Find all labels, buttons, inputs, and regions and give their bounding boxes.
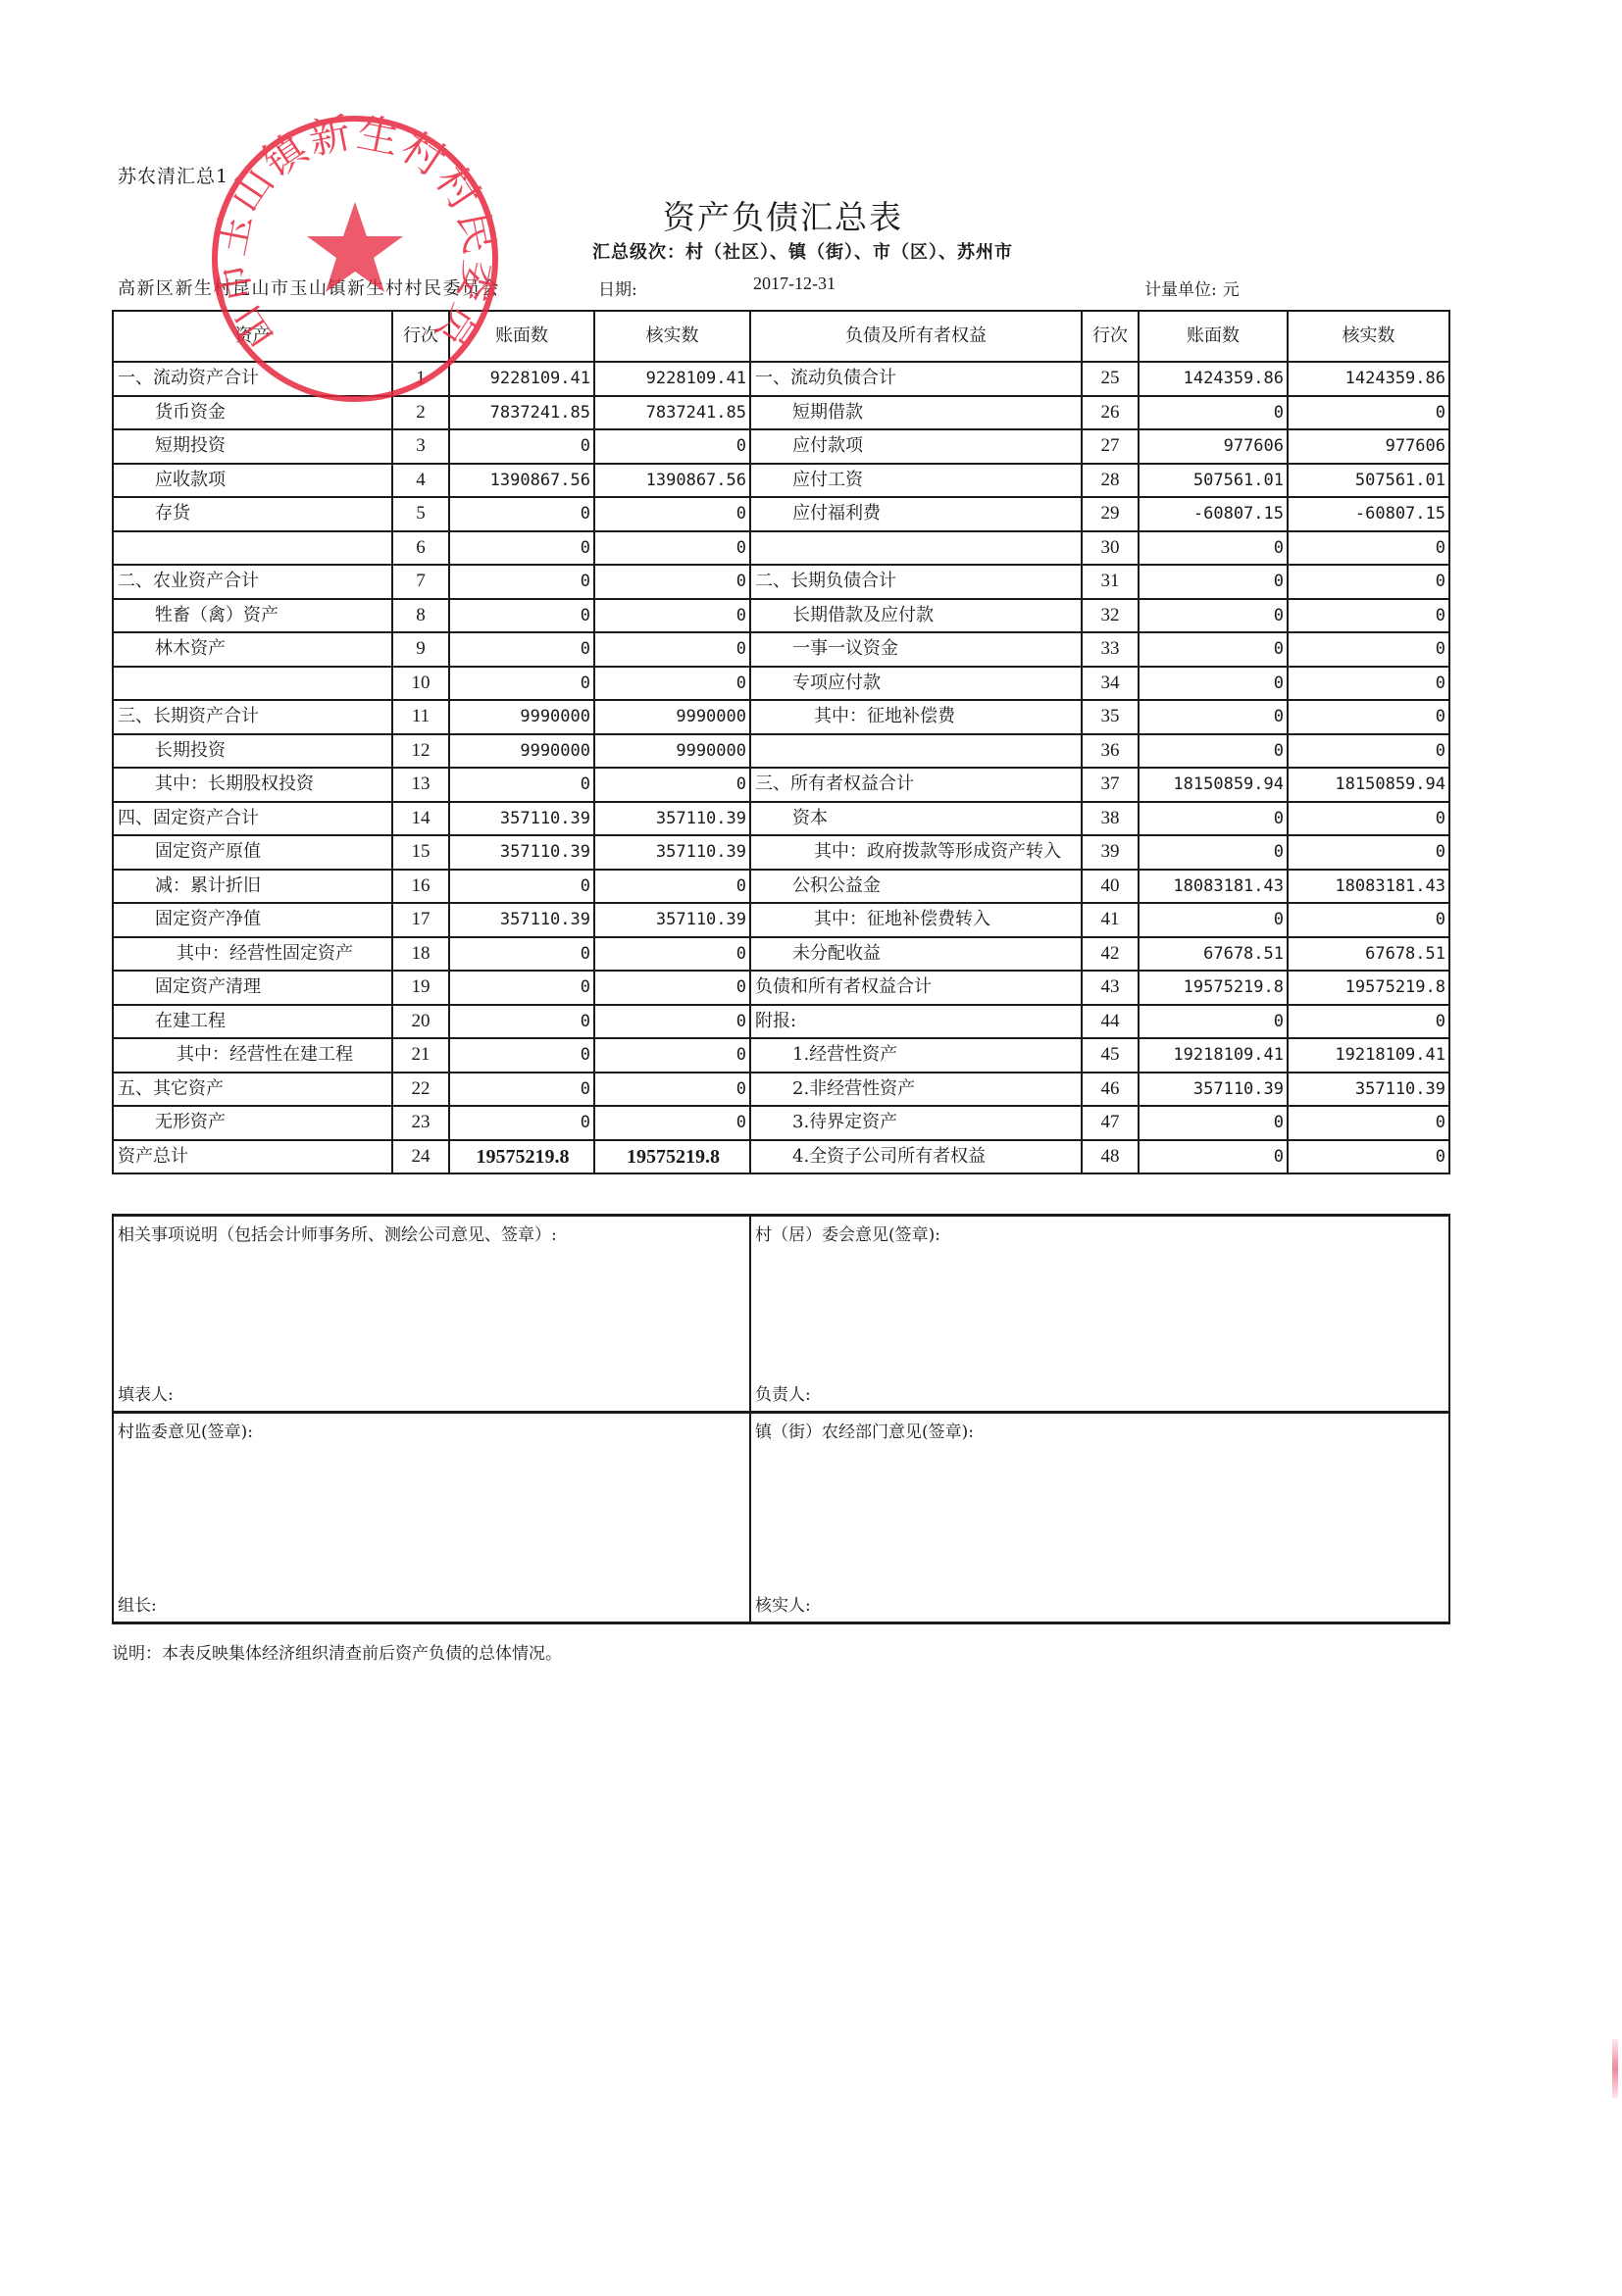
liability-label (750, 734, 1082, 769)
asset-row-no: 17 (392, 903, 449, 937)
asset-book-value: 0 (449, 870, 594, 904)
notes-title: 相关事项说明（包括会计师事务所、测绘公司意见、签章）: (118, 1221, 557, 1245)
liability-verified-value: 0 (1288, 1005, 1449, 1039)
asset-book-value: 0 (449, 599, 594, 633)
table-row: 牲畜（禽）资产800长期借款及应付款3200 (113, 599, 1449, 633)
organization-name: 高新区新生村昆山市玉山镇新生村村民委员会 (118, 275, 500, 300)
liability-book-value: 357110.39 (1139, 1073, 1288, 1107)
page-title: 资产负债汇总表 (663, 192, 903, 238)
liability-book-value: 977606 (1139, 429, 1288, 464)
liability-row-no: 27 (1082, 429, 1139, 464)
asset-book-value: 9990000 (449, 700, 594, 734)
header-book-left: 账面数 (449, 311, 594, 362)
asset-book-value: 1390867.56 (449, 464, 594, 498)
liability-row-no: 41 (1082, 903, 1139, 937)
asset-verified-value: 0 (594, 870, 750, 904)
table-row: 货币资金27837241.857837241.85短期借款2600 (113, 396, 1449, 430)
asset-label (113, 531, 392, 566)
liability-book-value: 0 (1139, 632, 1288, 667)
scan-edge-mark (1612, 2039, 1618, 2098)
notes-box[interactable]: 相关事项说明（包括会计师事务所、测绘公司意见、签章）: 填表人: (113, 1216, 750, 1413)
asset-row-no: 12 (392, 734, 449, 769)
liability-verified-value: 0 (1288, 734, 1449, 769)
unit-value: 元 (1223, 280, 1240, 300)
town-title: 镇（街）农经部门意见(签章): (755, 1418, 974, 1442)
liability-label (750, 531, 1082, 566)
table-row: 固定资产清理1900负债和所有者权益合计4319575219.819575219… (113, 971, 1449, 1005)
asset-book-value: 9990000 (449, 734, 594, 769)
asset-book-value: 0 (449, 632, 594, 667)
asset-label: 无形资产 (113, 1106, 392, 1140)
asset-book-value: 7837241.85 (449, 396, 594, 430)
asset-book-value: 357110.39 (449, 802, 594, 836)
asset-row-no: 8 (392, 599, 449, 633)
table-row: 减：累计折旧1600公积公益金4018083181.4318083181.43 (113, 870, 1449, 904)
asset-verified-value: 0 (594, 1073, 750, 1107)
liability-label: 附报: (750, 1005, 1082, 1039)
asset-book-value: 357110.39 (449, 835, 594, 870)
asset-verified-value: 0 (594, 565, 750, 599)
asset-book-value: 0 (449, 1073, 594, 1107)
asset-label (113, 667, 392, 701)
asset-label: 货币资金 (113, 396, 392, 430)
table-row: 短期投资300应付款项27977606977606 (113, 429, 1449, 464)
asset-row-no: 7 (392, 565, 449, 599)
asset-book-value: 0 (449, 937, 594, 972)
committee-signer: 负责人: (755, 1380, 811, 1405)
liability-label: 一、流动负债合计 (750, 362, 1082, 396)
liability-label: 应付工资 (750, 464, 1082, 498)
asset-row-no: 4 (392, 464, 449, 498)
asset-row-no: 14 (392, 802, 449, 836)
liability-label: 三、所有者权益合计 (750, 768, 1082, 802)
liability-verified-value: 0 (1288, 903, 1449, 937)
notes-signer: 填表人: (118, 1380, 174, 1405)
asset-label: 一、流动资产合计 (113, 362, 392, 396)
table-row: 其中：经营性在建工程21001.经营性资产4519218109.41192181… (113, 1038, 1449, 1073)
asset-label: 存货 (113, 497, 392, 531)
form-code: 苏农清汇总1 (118, 162, 228, 188)
asset-label: 二、农业资产合计 (113, 565, 392, 599)
liability-verified-value: 0 (1288, 1106, 1449, 1140)
liability-book-value: 0 (1139, 531, 1288, 566)
asset-row-no: 20 (392, 1005, 449, 1039)
liability-label: 专项应付款 (750, 667, 1082, 701)
unit-label: 计量单位: (1144, 280, 1217, 300)
liability-book-value: 0 (1139, 565, 1288, 599)
asset-label: 在建工程 (113, 1005, 392, 1039)
header-book-right: 账面数 (1139, 311, 1288, 362)
liability-verified-value: 0 (1288, 599, 1449, 633)
table-row: 在建工程2000附报:4400 (113, 1005, 1449, 1039)
liability-verified-value: 0 (1288, 700, 1449, 734)
liability-label: 公积公益金 (750, 870, 1082, 904)
asset-book-value: 19575219.8 (449, 1140, 594, 1174)
liability-row-no: 33 (1082, 632, 1139, 667)
table-row: 1000专项应付款3400 (113, 667, 1449, 701)
liability-row-no: 32 (1082, 599, 1139, 633)
header-verified-right: 核实数 (1288, 311, 1449, 362)
signature-table: 相关事项说明（包括会计师事务所、测绘公司意见、签章）: 填表人: 村（居）委会意… (112, 1214, 1450, 1624)
asset-verified-value: 0 (594, 768, 750, 802)
asset-row-no: 21 (392, 1038, 449, 1073)
liability-book-value: 0 (1139, 734, 1288, 769)
liability-label: 未分配收益 (750, 937, 1082, 972)
asset-verified-value: 357110.39 (594, 802, 750, 836)
asset-verified-value: 0 (594, 937, 750, 972)
liability-book-value: 67678.51 (1139, 937, 1288, 972)
liability-book-value: 0 (1139, 1106, 1288, 1140)
table-row: 二、农业资产合计700二、长期负债合计3100 (113, 565, 1449, 599)
asset-row-no: 2 (392, 396, 449, 430)
table-row: 五、其它资产22002.非经营性资产46357110.39357110.39 (113, 1073, 1449, 1107)
liability-book-value: 0 (1139, 1005, 1288, 1039)
unit-of-measure: 计量单位:元 (1144, 275, 1240, 300)
header-row-no-left: 行次 (392, 311, 449, 362)
asset-book-value: 357110.39 (449, 903, 594, 937)
asset-label: 其中：经营性在建工程 (113, 1038, 392, 1073)
liability-verified-value: 67678.51 (1288, 937, 1449, 972)
asset-row-no: 11 (392, 700, 449, 734)
balance-sheet-table: 资产 行次 账面数 核实数 负债及所有者权益 行次 账面数 核实数 一、流动资产… (112, 310, 1450, 1174)
asset-row-no: 1 (392, 362, 449, 396)
asset-row-no: 5 (392, 497, 449, 531)
liability-verified-value: 19575219.8 (1288, 971, 1449, 1005)
town-box[interactable]: 镇（街）农经部门意见(签章): 核实人: (750, 1413, 1449, 1623)
liability-verified-value: 0 (1288, 396, 1449, 430)
asset-book-value: 0 (449, 768, 594, 802)
asset-row-no: 6 (392, 531, 449, 566)
asset-book-value: 0 (449, 1106, 594, 1140)
liability-verified-value: 18150859.94 (1288, 768, 1449, 802)
liability-book-value: 18083181.43 (1139, 870, 1288, 904)
table-row: 存货500应付福利费29-60807.15-60807.15 (113, 497, 1449, 531)
liability-label: 二、长期负债合计 (750, 565, 1082, 599)
table-row: 资产总计2419575219.819575219.84.全资子公司所有者权益48… (113, 1140, 1449, 1174)
liability-row-no: 39 (1082, 835, 1139, 870)
asset-label: 短期投资 (113, 429, 392, 464)
liability-book-value: 19218109.41 (1139, 1038, 1288, 1073)
asset-verified-value: 0 (594, 599, 750, 633)
committee-box[interactable]: 村（居）委会意见(签章): 负责人: (750, 1216, 1449, 1413)
asset-verified-value: 0 (594, 531, 750, 566)
liability-verified-value: 0 (1288, 632, 1449, 667)
liability-book-value: 0 (1139, 700, 1288, 734)
liability-verified-value: 977606 (1288, 429, 1449, 464)
liability-verified-value: 1424359.86 (1288, 362, 1449, 396)
asset-book-value: 0 (449, 1005, 594, 1039)
liability-row-no: 37 (1082, 768, 1139, 802)
header-row-no-right: 行次 (1082, 311, 1139, 362)
asset-row-no: 18 (392, 937, 449, 972)
asset-verified-value: 1390867.56 (594, 464, 750, 498)
asset-row-no: 24 (392, 1140, 449, 1174)
liability-book-value: 0 (1139, 599, 1288, 633)
asset-label: 牲畜（禽）资产 (113, 599, 392, 633)
asset-label: 固定资产清理 (113, 971, 392, 1005)
liability-row-no: 28 (1082, 464, 1139, 498)
header-assets: 资产 (113, 311, 392, 362)
liability-row-no: 48 (1082, 1140, 1139, 1174)
asset-row-no: 22 (392, 1073, 449, 1107)
table-row: 林木资产900一事一议资金3300 (113, 632, 1449, 667)
table-row: 其中：经营性固定资产1800未分配收益4267678.5167678.51 (113, 937, 1449, 972)
asset-row-no: 23 (392, 1106, 449, 1140)
liability-book-value: 0 (1139, 802, 1288, 836)
liability-label: 其中：政府拨款等形成资产转入 (750, 835, 1082, 870)
liability-verified-value: 0 (1288, 802, 1449, 836)
liability-row-no: 47 (1082, 1106, 1139, 1140)
liability-book-value: 1424359.86 (1139, 362, 1288, 396)
liability-row-no: 36 (1082, 734, 1139, 769)
table-row: 固定资产原值15357110.39357110.39其中：政府拨款等形成资产转入… (113, 835, 1449, 870)
asset-book-value: 0 (449, 971, 594, 1005)
liability-verified-value: 0 (1288, 835, 1449, 870)
liability-row-no: 26 (1082, 396, 1139, 430)
liability-verified-value: 0 (1288, 667, 1449, 701)
liability-row-no: 34 (1082, 667, 1139, 701)
liability-row-no: 42 (1082, 937, 1139, 972)
liability-row-no: 25 (1082, 362, 1139, 396)
liability-verified-value: 357110.39 (1288, 1073, 1449, 1107)
liability-row-no: 44 (1082, 1005, 1139, 1039)
asset-verified-value: 9990000 (594, 734, 750, 769)
liability-label: 1.经营性资产 (750, 1038, 1082, 1073)
liability-book-value: 0 (1139, 396, 1288, 430)
asset-verified-value: 9990000 (594, 700, 750, 734)
header-liabilities-equity: 负债及所有者权益 (750, 311, 1082, 362)
summary-level: 汇总级次：村（社区）、镇（街）、市（区）、苏州市 (592, 238, 1013, 264)
table-row: 三、长期资产合计1199900009990000其中：征地补偿费3500 (113, 700, 1449, 734)
asset-row-no: 10 (392, 667, 449, 701)
table-header-row: 资产 行次 账面数 核实数 负债及所有者权益 行次 账面数 核实数 (113, 311, 1449, 362)
table-row: 应收款项41390867.561390867.56应付工资28507561.01… (113, 464, 1449, 498)
asset-verified-value: 9228109.41 (594, 362, 750, 396)
asset-label: 其中：长期股权投资 (113, 768, 392, 802)
asset-verified-value: 0 (594, 1106, 750, 1140)
table-row: 一、流动资产合计19228109.419228109.41一、流动负债合计251… (113, 362, 1449, 396)
asset-row-no: 16 (392, 870, 449, 904)
asset-row-no: 3 (392, 429, 449, 464)
asset-label: 固定资产原值 (113, 835, 392, 870)
liability-book-value: 19575219.8 (1139, 971, 1288, 1005)
liability-label: 应付福利费 (750, 497, 1082, 531)
asset-label: 四、固定资产合计 (113, 802, 392, 836)
table-row: 长期投资12999000099900003600 (113, 734, 1449, 769)
asset-label: 应收款项 (113, 464, 392, 498)
liability-book-value: -60807.15 (1139, 497, 1288, 531)
table-row: 其中：长期股权投资1300三、所有者权益合计3718150859.9418150… (113, 768, 1449, 802)
asset-verified-value: 0 (594, 971, 750, 1005)
asset-verified-value: 0 (594, 1038, 750, 1073)
table-row: 四、固定资产合计14357110.39357110.39资本3800 (113, 802, 1449, 836)
date-value: 2017-12-31 (753, 274, 836, 294)
asset-verified-value: 357110.39 (594, 835, 750, 870)
liability-verified-value: 18083181.43 (1288, 870, 1449, 904)
asset-row-no: 13 (392, 768, 449, 802)
asset-book-value: 0 (449, 497, 594, 531)
asset-label: 其中：经营性固定资产 (113, 937, 392, 972)
liability-verified-value: 0 (1288, 531, 1449, 566)
liability-label: 其中：征地补偿费 (750, 700, 1082, 734)
liability-verified-value: 0 (1288, 1140, 1449, 1174)
asset-row-no: 9 (392, 632, 449, 667)
asset-book-value: 9228109.41 (449, 362, 594, 396)
supervisory-title: 村监委意见(签章): (118, 1418, 253, 1442)
asset-verified-value: 0 (594, 1005, 750, 1039)
header-verified-left: 核实数 (594, 311, 750, 362)
liability-label: 应付款项 (750, 429, 1082, 464)
table-row: 固定资产净值17357110.39357110.39其中：征地补偿费转入4100 (113, 903, 1449, 937)
liability-label: 2.非经营性资产 (750, 1073, 1082, 1107)
liability-verified-value: 0 (1288, 565, 1449, 599)
liability-row-no: 40 (1082, 870, 1139, 904)
footer-note: 说明：本表反映集体经济组织清查前后资产负债的总体情况。 (112, 1639, 562, 1664)
liability-row-no: 35 (1082, 700, 1139, 734)
liability-book-value: 0 (1139, 1140, 1288, 1174)
asset-verified-value: 7837241.85 (594, 396, 750, 430)
liability-book-value: 0 (1139, 667, 1288, 701)
asset-verified-value: 357110.39 (594, 903, 750, 937)
asset-book-value: 0 (449, 1038, 594, 1073)
asset-book-value: 0 (449, 667, 594, 701)
table-row: 无形资产23003.待界定资产4700 (113, 1106, 1449, 1140)
asset-book-value: 0 (449, 429, 594, 464)
liability-label: 其中：征地补偿费转入 (750, 903, 1082, 937)
liability-row-no: 45 (1082, 1038, 1139, 1073)
asset-label: 长期投资 (113, 734, 392, 769)
supervisory-signer: 组长: (118, 1591, 157, 1616)
liability-label: 4.全资子公司所有者权益 (750, 1140, 1082, 1174)
asset-label: 三、长期资产合计 (113, 700, 392, 734)
liability-book-value: 507561.01 (1139, 464, 1288, 498)
asset-verified-value: 0 (594, 497, 750, 531)
liability-verified-value: 19218109.41 (1288, 1038, 1449, 1073)
liability-label: 长期借款及应付款 (750, 599, 1082, 633)
liability-row-no: 30 (1082, 531, 1139, 566)
liability-label: 一事一议资金 (750, 632, 1082, 667)
asset-verified-value: 0 (594, 429, 750, 464)
liability-label: 短期借款 (750, 396, 1082, 430)
liability-row-no: 31 (1082, 565, 1139, 599)
committee-title: 村（居）委会意见(签章): (755, 1221, 940, 1245)
asset-row-no: 19 (392, 971, 449, 1005)
town-signer: 核实人: (755, 1591, 811, 1616)
liability-row-no: 38 (1082, 802, 1139, 836)
liability-row-no: 43 (1082, 971, 1139, 1005)
liability-verified-value: -60807.15 (1288, 497, 1449, 531)
asset-verified-value: 0 (594, 632, 750, 667)
asset-label: 资产总计 (113, 1140, 392, 1174)
liability-book-value: 18150859.94 (1139, 768, 1288, 802)
table-row: 6003000 (113, 531, 1449, 566)
liability-verified-value: 507561.01 (1288, 464, 1449, 498)
asset-book-value: 0 (449, 531, 594, 566)
liability-row-no: 29 (1082, 497, 1139, 531)
liability-row-no: 46 (1082, 1073, 1139, 1107)
asset-label: 林木资产 (113, 632, 392, 667)
liability-book-value: 0 (1139, 835, 1288, 870)
liability-book-value: 0 (1139, 903, 1288, 937)
asset-label: 固定资产净值 (113, 903, 392, 937)
asset-row-no: 15 (392, 835, 449, 870)
date-label: 日期: (598, 275, 637, 300)
asset-verified-value: 0 (594, 667, 750, 701)
asset-label: 五、其它资产 (113, 1073, 392, 1107)
liability-label: 3.待界定资产 (750, 1106, 1082, 1140)
supervisory-box[interactable]: 村监委意见(签章): 组长: (113, 1413, 750, 1623)
asset-book-value: 0 (449, 565, 594, 599)
liability-label: 负债和所有者权益合计 (750, 971, 1082, 1005)
asset-label: 减：累计折旧 (113, 870, 392, 904)
asset-verified-value: 19575219.8 (594, 1140, 750, 1174)
liability-label: 资本 (750, 802, 1082, 836)
